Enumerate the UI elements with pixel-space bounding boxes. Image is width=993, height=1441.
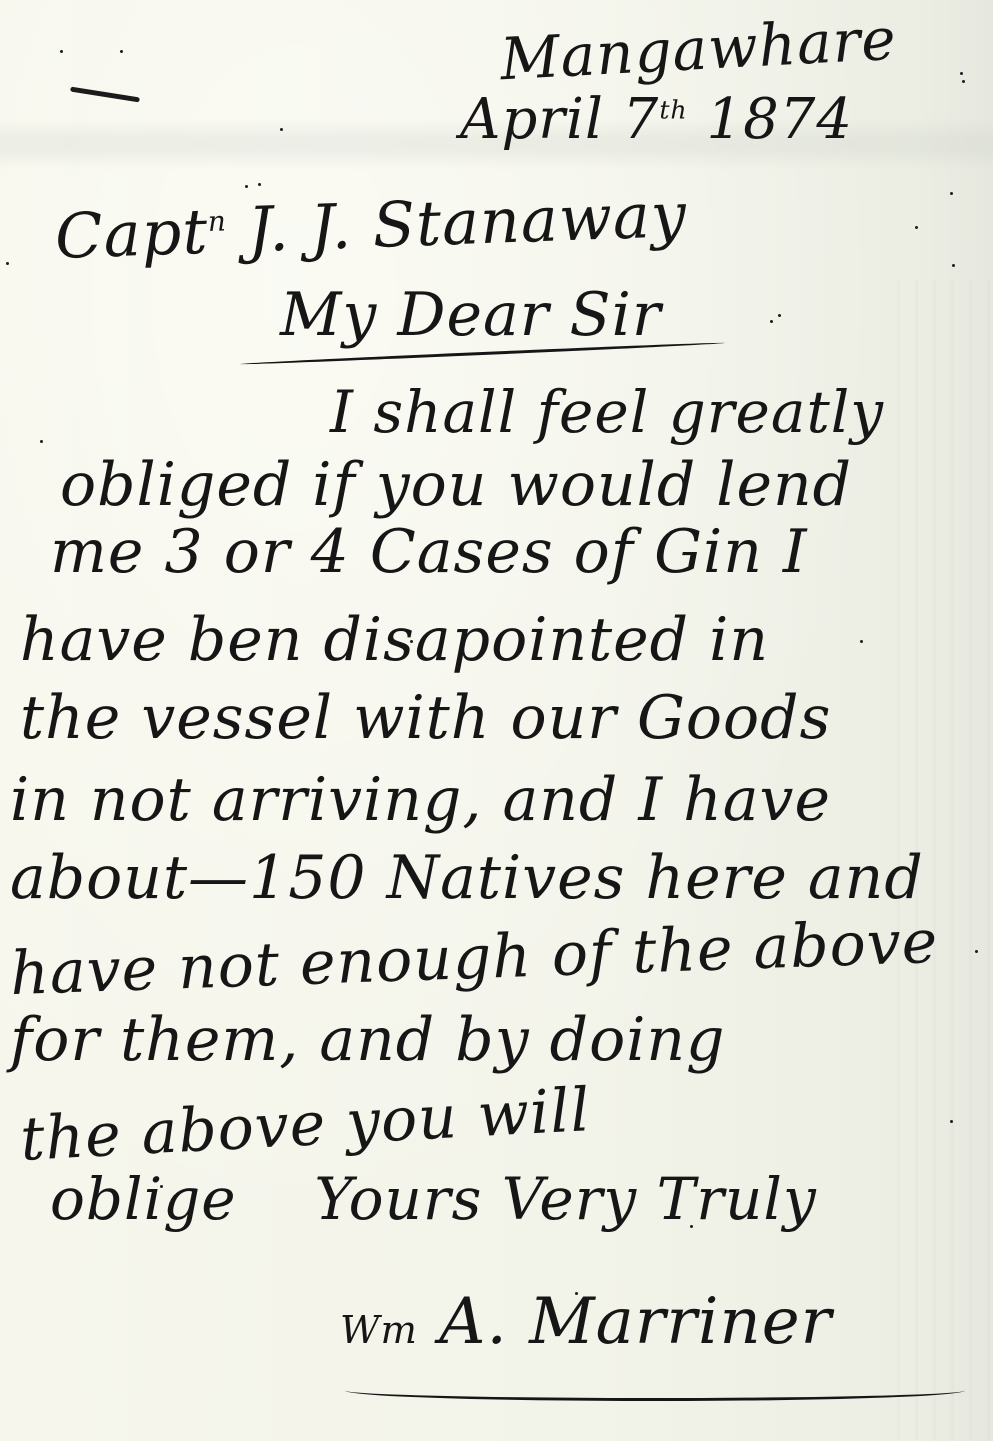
body-line-1: I shall feel greatly <box>330 383 884 441</box>
body-line-7: about—150 Natives here and <box>10 848 924 908</box>
body-line-11: oblige <box>50 1165 237 1233</box>
speck <box>245 185 248 188</box>
speck <box>40 440 43 443</box>
body-line-2: obliged if you would lend <box>60 455 852 515</box>
body-line-3: me 3 or 4 Cases of Gin I <box>50 522 808 582</box>
speck <box>280 128 283 131</box>
signature: Wm A. Marriner <box>340 1290 832 1354</box>
date-year: 1874 <box>706 87 853 152</box>
body-line-5: the vessel with our Goods <box>20 688 831 748</box>
closing-text: Yours Very Truly <box>314 1165 816 1233</box>
speck <box>770 320 773 323</box>
recipient-title-suffix: n <box>207 204 227 238</box>
signature-initial: A. <box>439 1285 508 1359</box>
body-line-6: in not arriving, and I have <box>10 770 831 830</box>
date-month-day: April 7 <box>460 87 659 152</box>
speck <box>960 72 963 75</box>
speck <box>575 1292 578 1295</box>
signature-flourish <box>345 1380 965 1401</box>
closing-line: oblige Yours Very Truly <box>50 1170 817 1228</box>
salutation: My Dear Sir <box>280 285 662 345</box>
speck <box>690 1225 693 1228</box>
body-line-9: for them, and by doing <box>10 1010 725 1070</box>
speck <box>410 640 413 643</box>
speck <box>975 950 978 953</box>
speck <box>952 264 955 267</box>
speck <box>160 1185 163 1188</box>
speck <box>950 192 953 195</box>
speck <box>6 262 9 265</box>
recipient-title: Capt <box>54 195 209 273</box>
signature-surname: Marriner <box>529 1285 832 1359</box>
speck <box>120 50 123 53</box>
speck <box>778 314 781 317</box>
speck <box>860 640 863 643</box>
speck <box>258 183 261 186</box>
date-suffix: th <box>659 95 687 124</box>
body-line-4: have ben disapointed in <box>20 610 769 670</box>
signature-forename: Wm <box>340 1308 418 1353</box>
speck <box>950 1120 953 1123</box>
recipient-name: J. J. Stanaway <box>246 178 688 266</box>
letter-date: April 7th 1874 <box>460 92 853 148</box>
speck <box>962 80 965 83</box>
speck <box>60 50 63 53</box>
speck <box>915 226 918 229</box>
